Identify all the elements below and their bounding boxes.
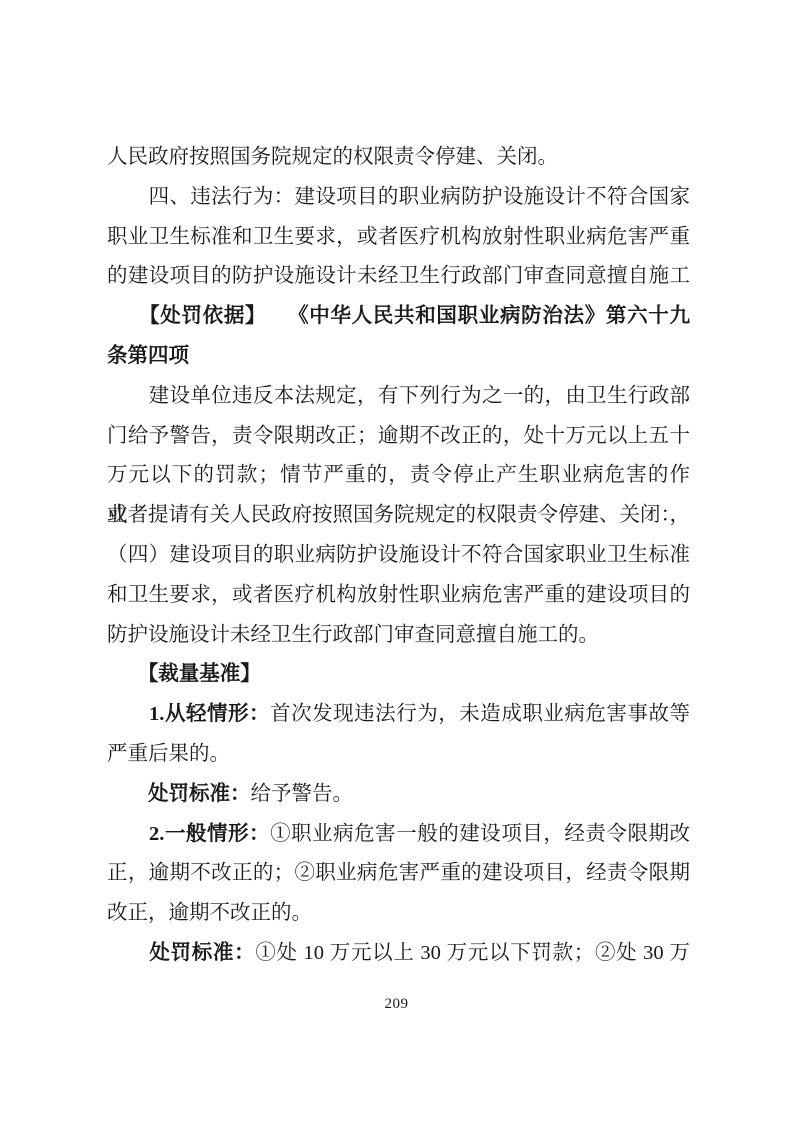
line-text-segment: 正，逾期不改正的；②职业病危害严重的建设项目，经责令限期 — [107, 862, 690, 884]
line-text-segment: 改正，逾期不改正的。 — [107, 902, 312, 924]
line-text-segment: 防护设施设计未经卫生行政部门审查同意擅自施工的。 — [107, 624, 599, 646]
text-line: 防护设施设计未经卫生行政部门审查同意擅自施工的。 — [107, 616, 690, 656]
line-bold-segment: 条第四项 — [107, 345, 189, 367]
text-line: 四、违法行为：建设项目的职业病防护设施设计不符合国家 — [107, 178, 690, 218]
text-line: 建设单位违反本法规定，有下列行为之一的，由卫生行政部 — [107, 377, 690, 417]
line-text-segment: ①处 10 万元以上 30 万元以下罚款；②处 30 万 — [255, 942, 690, 964]
line-bold-segment: 【裁量基准】 — [107, 663, 261, 685]
page-number: 209 — [0, 996, 793, 1013]
line-text-segment: 的建设项目的防护设施设计未经卫生行政部门审查同意擅自施工 — [107, 265, 690, 287]
document-page: 人民政府按照国务院规定的权限责令停建、关闭。 四、违法行为：建设项目的职业病防护… — [0, 0, 793, 1122]
section-heading-penalty-basis: 【处罚依据】 《中华人民共和国职业病防治法》第六十九 — [107, 297, 690, 337]
line-text-segment: ①职业病危害一般的建设项目，经责令限期改 — [270, 823, 690, 845]
line-text-segment: 和卫生要求，或者医疗机构放射性职业病危害严重的建设项目的 — [107, 584, 690, 606]
line-text-segment: 首次发现违法行为，未造成职业病危害事故等 — [270, 703, 690, 725]
text-line: 2.一般情形：①职业病危害一般的建设项目，经责令限期改 — [107, 815, 690, 855]
text-line: 处罚标准：①处 10 万元以上 30 万元以下罚款；②处 30 万 — [107, 934, 690, 974]
line-bold-segment: 2.一般情形： — [107, 823, 270, 845]
line-text-segment: 人民政府按照国务院规定的权限责令停建、关闭。 — [107, 146, 558, 168]
text-line: 门给予警告，责令限期改正；逾期不改正的，处十万元以上五十 — [107, 417, 690, 457]
text-line: 处罚标准：给予警告。 — [107, 775, 690, 815]
text-line: 或者提请有关人民政府按照国务院规定的权限责令停建、关闭： — [107, 496, 690, 536]
line-text-segment: 给予警告。 — [251, 783, 354, 805]
text-line: （四）建设项目的职业病防护设施设计不符合国家职业卫生标准 — [107, 536, 690, 576]
line-bold-segment: 1.从轻情形： — [107, 703, 270, 725]
text-line: 严重后果的。 — [107, 735, 690, 775]
text-line: 1.从轻情形：首次发现违法行为，未造成职业病危害事故等 — [107, 695, 690, 735]
text-line: 的建设项目的防护设施设计未经卫生行政部门审查同意擅自施工 — [107, 257, 690, 297]
line-text-segment: 四、违法行为：建设项目的职业病防护设施设计不符合国家 — [107, 186, 690, 208]
text-line: 万元以下的罚款；情节严重的，责令停止产生职业病危害的作业， — [107, 456, 690, 496]
section-heading-penalty-basis-cont: 条第四项 — [107, 337, 690, 377]
line-text-segment: 职业卫生标准和卫生要求，或者医疗机构放射性职业病危害严重 — [107, 226, 690, 248]
line-bold-segment: 处罚标准： — [107, 942, 255, 964]
line-text-segment: 门给予警告，责令限期改正；逾期不改正的，处十万元以上五十 — [107, 425, 690, 447]
line-text-segment: 或者提请有关人民政府按照国务院规定的权限责令停建、关闭： — [107, 504, 681, 526]
text-line: 和卫生要求，或者医疗机构放射性职业病危害严重的建设项目的 — [107, 576, 690, 616]
line-bold-segment: 【处罚依据】 《中华人民共和国职业病防治法》第六十九 — [107, 305, 690, 327]
line-text-segment: （四）建设项目的职业病防护设施设计不符合国家职业卫生标准 — [107, 544, 690, 566]
line-bold-segment: 处罚标准： — [107, 783, 251, 805]
text-line: 人民政府按照国务院规定的权限责令停建、关闭。 — [107, 138, 690, 178]
text-line: 改正，逾期不改正的。 — [107, 894, 690, 934]
section-heading-discretion-benchmark: 【裁量基准】 — [107, 655, 690, 695]
text-line: 职业卫生标准和卫生要求，或者医疗机构放射性职业病危害严重 — [107, 218, 690, 258]
document-body: 人民政府按照国务院规定的权限责令停建、关闭。 四、违法行为：建设项目的职业病防护… — [107, 138, 690, 974]
text-line: 正，逾期不改正的；②职业病危害严重的建设项目，经责令限期 — [107, 854, 690, 894]
line-text-segment: 建设单位违反本法规定，有下列行为之一的，由卫生行政部 — [107, 385, 690, 407]
line-text-segment: 严重后果的。 — [107, 743, 230, 765]
